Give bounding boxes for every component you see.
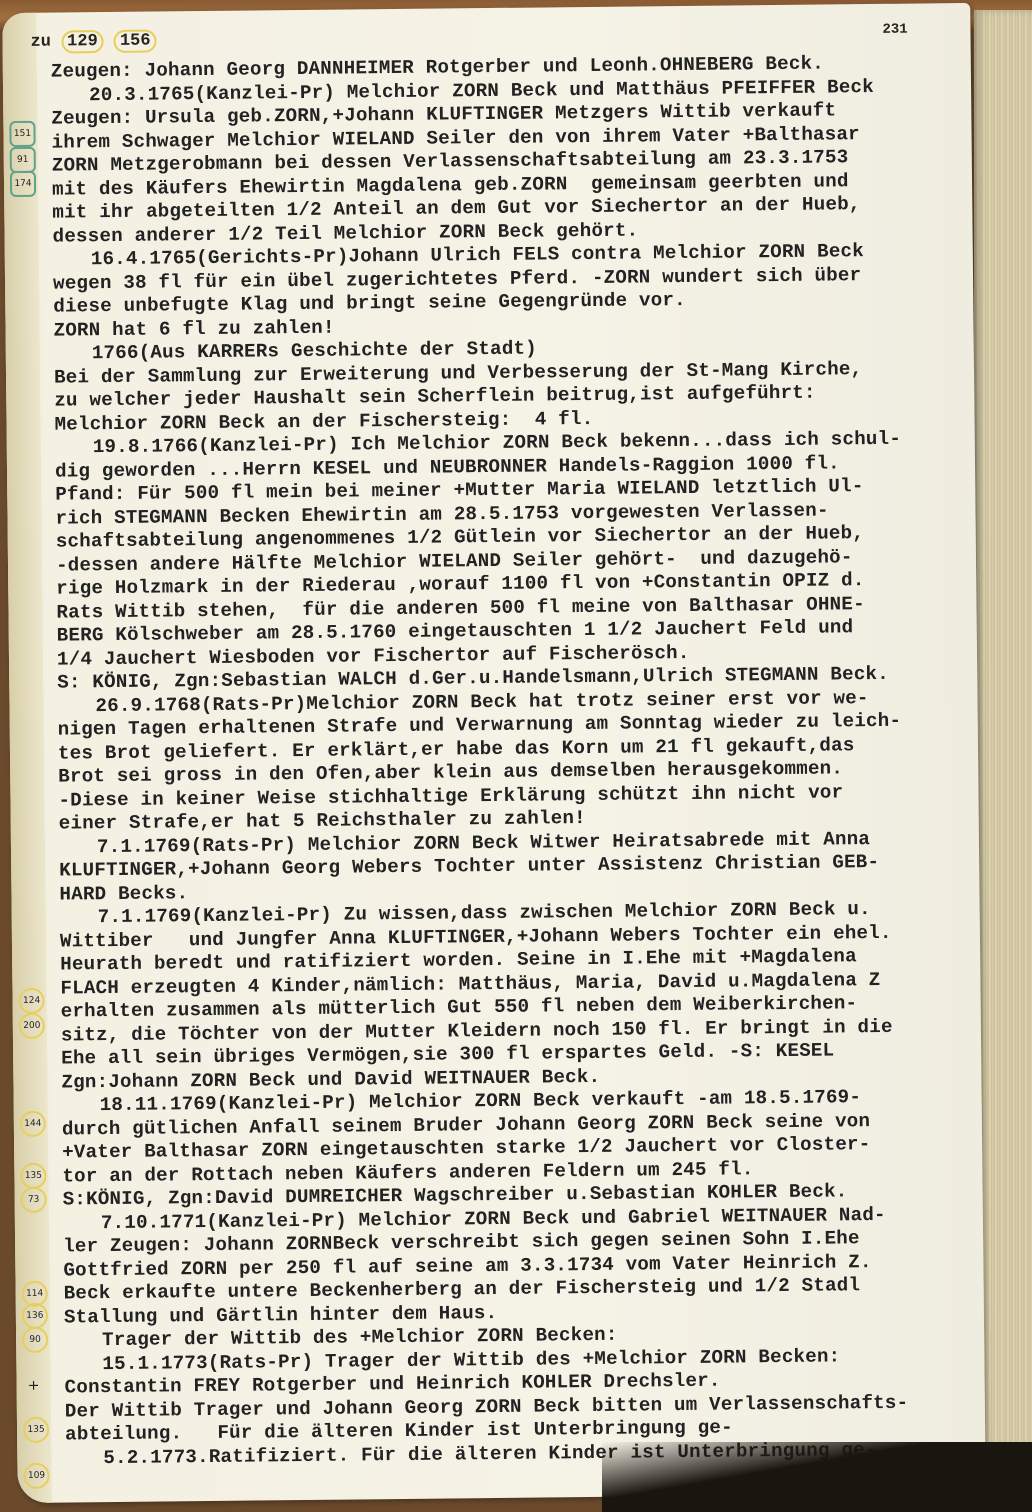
margin-annotation: +	[22, 1375, 44, 1397]
margin-annotation: 136	[22, 1303, 48, 1329]
margin-annotation: 91	[10, 147, 36, 173]
shadow-corner	[602, 1442, 1032, 1512]
margin-annotation: 109	[23, 1463, 49, 1489]
reference-number: 129	[61, 30, 104, 53]
margin-annotation: 151	[9, 121, 35, 147]
cross-reference-header: zu 129 156	[30, 31, 156, 51]
margin-annotation: 135	[20, 1163, 46, 1189]
margin-annotation: 73	[21, 1187, 47, 1213]
margin-annotation: 135	[23, 1417, 49, 1443]
typewritten-text-body: Zeugen: Johann Georg DANNHEIMER Rotgerbe…	[51, 51, 976, 1470]
book-page: zu 129 156 231 1519117412420014413573114…	[2, 3, 986, 1503]
margin-annotation: 200	[19, 1013, 45, 1039]
page-number: 231	[882, 22, 907, 38]
margin-annotation: 90	[22, 1327, 48, 1353]
margin-annotation: 124	[18, 988, 44, 1014]
margin-annotation: 174	[10, 171, 36, 197]
reference-number: 156	[114, 29, 157, 52]
margin-annotation: 144	[20, 1111, 46, 1137]
